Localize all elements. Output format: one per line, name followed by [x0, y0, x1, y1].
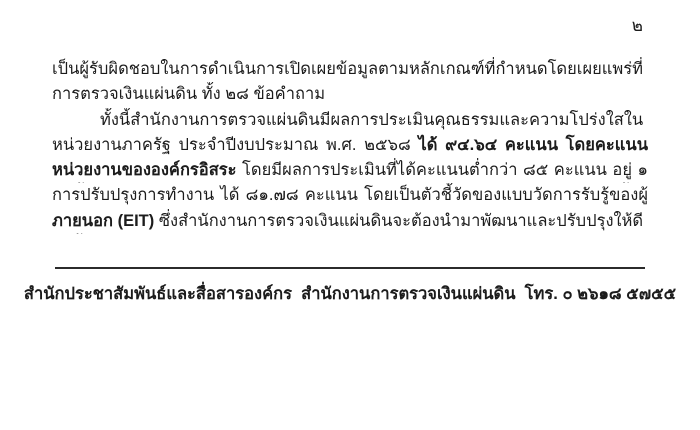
text-line: การตรวจเงินแผ่นดิน ทั้ง ๒๘ ข้อคำถาม: [52, 82, 648, 107]
text-line: หน่วยงานขององค์กรอิสระ โดยมีผลการประเมิน…: [52, 158, 648, 183]
text-segment-bold: ภายนอก (EIT): [52, 212, 154, 230]
document-page: ๒ เป็นผู้รับผิดชอบในการดำเนินการเปิดเผยข…: [0, 0, 700, 430]
text-line: หน่วยงานภาครัฐ ประจำปีงบประมาณ พ.ศ. ๒๕๖๘…: [52, 133, 648, 158]
page-number: ๒: [632, 17, 643, 34]
text-segment: เป็นผู้รับผิดชอบในการดำเนินการเปิดเผยข้อ…: [52, 60, 643, 82]
footer-contact: สำนักประชาสัมพันธ์และสื่อสารองค์กร สำนัก…: [0, 281, 700, 307]
footer-divider: [55, 267, 645, 269]
text-segment-bold: หน่วยงานขององค์กรอิสระ: [52, 161, 237, 179]
text-line: เป็นผู้รับผิดชอบในการดำเนินการเปิดเผยข้อ…: [52, 57, 648, 82]
text-segment: ทั้งนี้สำนักงานการตรวจแผ่นดินมีผลการประเ…: [52, 111, 643, 133]
text-segment: การตรวจเงินแผ่นดิน ทั้ง ๒๘ ข้อคำถาม: [52, 85, 325, 103]
text-segment: หน่วยงานภาครัฐ ประจำปีงบประมาณ พ.ศ. ๒๕๖๘: [52, 136, 418, 154]
text-line: ภายนอก (EIT) ซึ่งสำนักงานการตรวจเงินแผ่น…: [52, 209, 648, 234]
text-line: ทั้งนี้สำนักงานการตรวจแผ่นดินมีผลการประเ…: [52, 108, 648, 133]
document-body: เป็นผู้รับผิดชอบในการดำเนินการเปิดเผยข้อ…: [52, 57, 648, 234]
text-line: การปรับปรุงการทำงาน ได้ ๘๑.๗๘ คะแนน โดยเ…: [52, 183, 648, 208]
text-segment: การปรับปรุงการทำงาน ได้ ๘๑.๗๘ คะแนน โดยเ…: [52, 186, 648, 208]
